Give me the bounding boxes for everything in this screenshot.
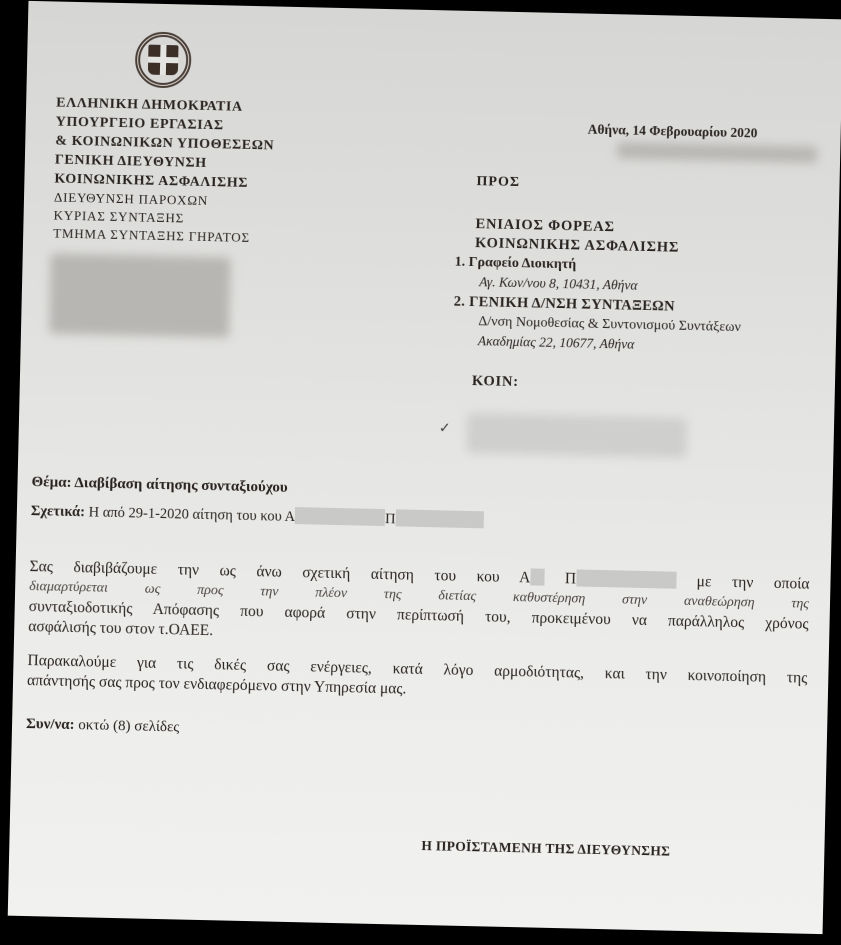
body-paragraph-1: Σας διαβιβάζουμε την ως άνω σχετική αίτη…: [28, 557, 810, 655]
body-text-segment: Π: [565, 570, 577, 587]
document-date: Αθήνα, 14 Φεβρουαρίου 2020: [588, 122, 758, 142]
redacted-surname: [395, 509, 483, 528]
cc-label: ΚΟΙΝ:: [472, 373, 519, 391]
body-paragraph-2: Παρακαλούμε για τις δικές σας ενέργειες,…: [27, 651, 808, 709]
reference-line: Σχετικά: Η από 29-1-2020 αίτηση του κου …: [31, 501, 484, 530]
subject-label: Θέμα:: [31, 474, 71, 491]
attachments-line: Συν/να: οκτώ (8) σελίδες: [26, 716, 180, 736]
cross-shield-icon: [148, 45, 179, 76]
recipient-1-title: 1. Γραφείο Διοικητή: [454, 255, 576, 274]
greek-coat-of-arms-icon: [135, 31, 192, 88]
recipient-2-address: Ακαδημίας 22, 10677, Αθήνα: [478, 333, 635, 353]
subject-text: Διαβίβαση αίτησης συνταξιούχου: [74, 475, 288, 496]
to-label: ΠΡΟΣ: [476, 174, 520, 191]
reference-text: Η από 29-1-2020 αίτηση του κου Α: [88, 504, 295, 525]
redacted-name: [295, 507, 385, 526]
subject-line: Θέμα: Διαβίβαση αίτησης συνταξιούχου: [31, 474, 287, 497]
redacted-contact-info: [49, 253, 231, 337]
letterhead-line: ΤΜΗΜΑ ΣΥΝΤΑΞΗΣ ΓΗΡΑΤΟΣ: [53, 224, 272, 247]
reference-mid: Π: [385, 511, 396, 527]
letterhead: ΕΛΛΗΝΙΚΗ ΔΗΜΟΚΡΑΤΙΑ ΥΠΟΥΡΓΕΙΟ ΕΡΓΑΣΙΑΣ &…: [53, 94, 275, 248]
recipient-org-line: ΚΟΙΝΩΝΙΚΗΣ ΑΣΦΑΛΙΣΗΣ: [475, 235, 679, 257]
checkmark-icon: ✓: [439, 420, 451, 437]
redacted-surname: [576, 569, 676, 588]
recipient-2-subtitle: Δ/νση Νομοθεσίας & Συντονισμού Συντάξεων: [478, 314, 741, 336]
recipient-2-title: 2. ΓΕΝΙΚΗ Δ/ΝΣΗ ΣΥΝΤΑΞΕΩΝ: [454, 294, 675, 316]
document-page: ΕΛΛΗΝΙΚΗ ΔΗΜΟΚΡΑΤΙΑ ΥΠΟΥΡΓΕΙΟ ΕΡΓΑΣΙΑΣ &…: [8, 1, 841, 934]
attachments-label: Συν/να:: [26, 716, 75, 733]
redacted-protocol-number: [617, 142, 817, 163]
reference-label: Σχετικά:: [31, 503, 85, 520]
signature-title: Η ΠΡΟΪΣΤΑΜΕΝΗ ΤΗΣ ΔΙΕΥΘΥΝΣΗΣ: [421, 838, 670, 860]
redacted-cc-recipient: [466, 413, 687, 458]
recipient-org-line: ΕΝΙΑΙΟΣ ΦΟΡΕΑΣ: [475, 216, 615, 236]
redacted-name: [530, 568, 544, 585]
body-text-segment: με την οποία: [696, 573, 809, 593]
attachments-text: οκτώ (8) σελίδες: [78, 717, 179, 735]
recipient-1-address: Αγ. Κων/νου 8, 10431, Αθήνα: [479, 274, 638, 294]
